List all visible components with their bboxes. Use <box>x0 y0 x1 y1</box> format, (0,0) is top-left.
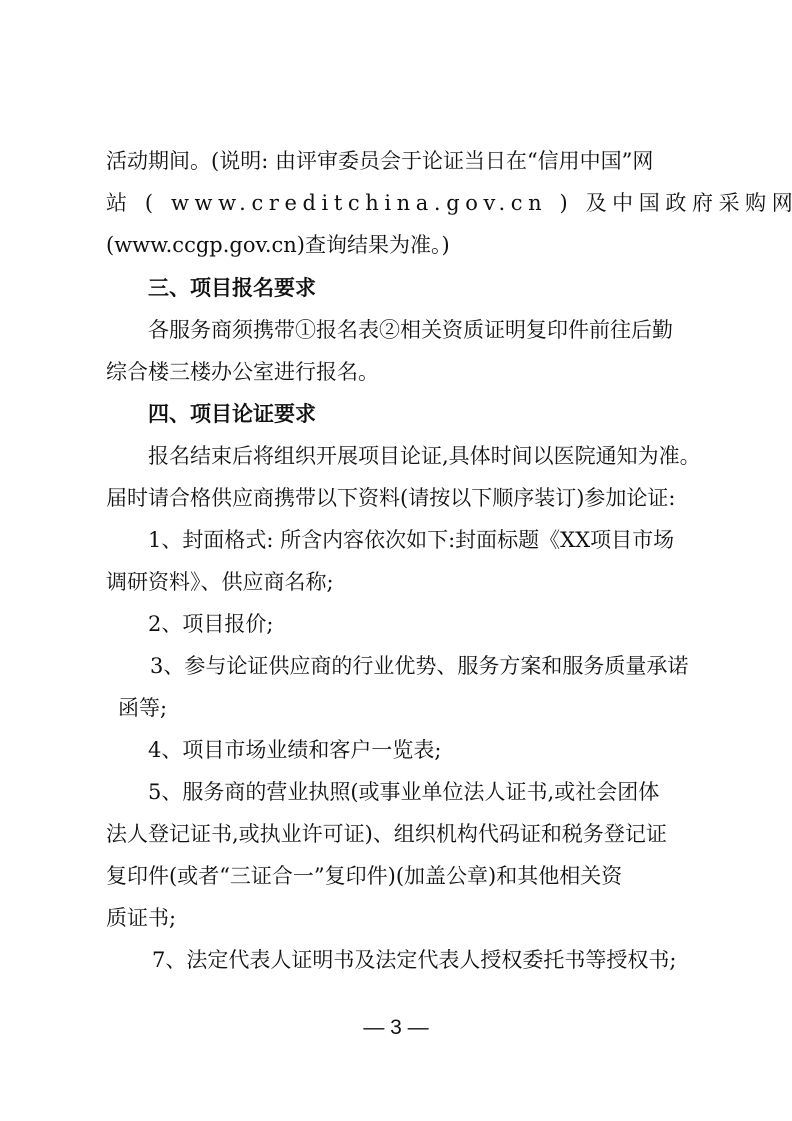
paragraph-line: 各服务商须携带①报名表②相关资质证明复印件前往后勤 <box>148 316 673 344</box>
list-item-7: 7、法定代表人证明书及法定代表人授权委托书等授权书; <box>152 946 676 974</box>
list-item-2: 2、项目报价; <box>148 610 273 638</box>
list-item-5-cont: 复印件(或者“三证合一”复印件)(加盖公章)和其他相关资 <box>106 862 622 890</box>
list-item-3-cont: 函等; <box>118 694 167 722</box>
list-item-1-cont: 调研资料》、供应商名称; <box>106 568 334 596</box>
list-item-3: 3、参与论证供应商的行业优势、服务方案和服务质量承诺 <box>150 652 688 680</box>
paragraph-line: (www.ccgp.gov.cn)查询结果为准。) <box>106 231 450 259</box>
list-item-1: 1、封面格式: 所含内容依次如下:封面标题《XX项目市场 <box>148 526 674 554</box>
list-item-5-cont: 质证书; <box>106 904 176 932</box>
paragraph-line: 活动期间。(说明: 由评审委员会于论证当日在“信用中国”网 <box>106 147 653 175</box>
section-heading-3: 三、项目报名要求 <box>148 274 316 302</box>
paragraph-line-text: 站 ( www.creditchina.gov.cn ) 及中国政府采购网 <box>106 189 792 217</box>
section-heading-4: 四、项目论证要求 <box>148 400 316 428</box>
paragraph-line: 站 ( www.creditchina.gov.cn ) 及中国政府采购网 <box>106 189 690 217</box>
page-number: — 3 — <box>0 1016 792 1040</box>
list-item-4: 4、项目市场业绩和客户一览表; <box>148 736 441 764</box>
paragraph-line: 综合楼三楼办公室进行报名。 <box>106 358 379 386</box>
paragraph-line: 届时请合格供应商携带以下资料(请按以下顺序装订)参加论证: <box>106 484 675 512</box>
paragraph-line: 报名结束后将组织开展项目论证,具体时间以医院通知为准。 <box>148 442 701 470</box>
list-item-5-cont: 法人登记证书,或执业许可证)、组织机构代码证和税务登记证 <box>106 820 667 848</box>
list-item-5: 5、服务商的营业执照(或事业单位法人证书,或社会团体 <box>148 778 659 806</box>
